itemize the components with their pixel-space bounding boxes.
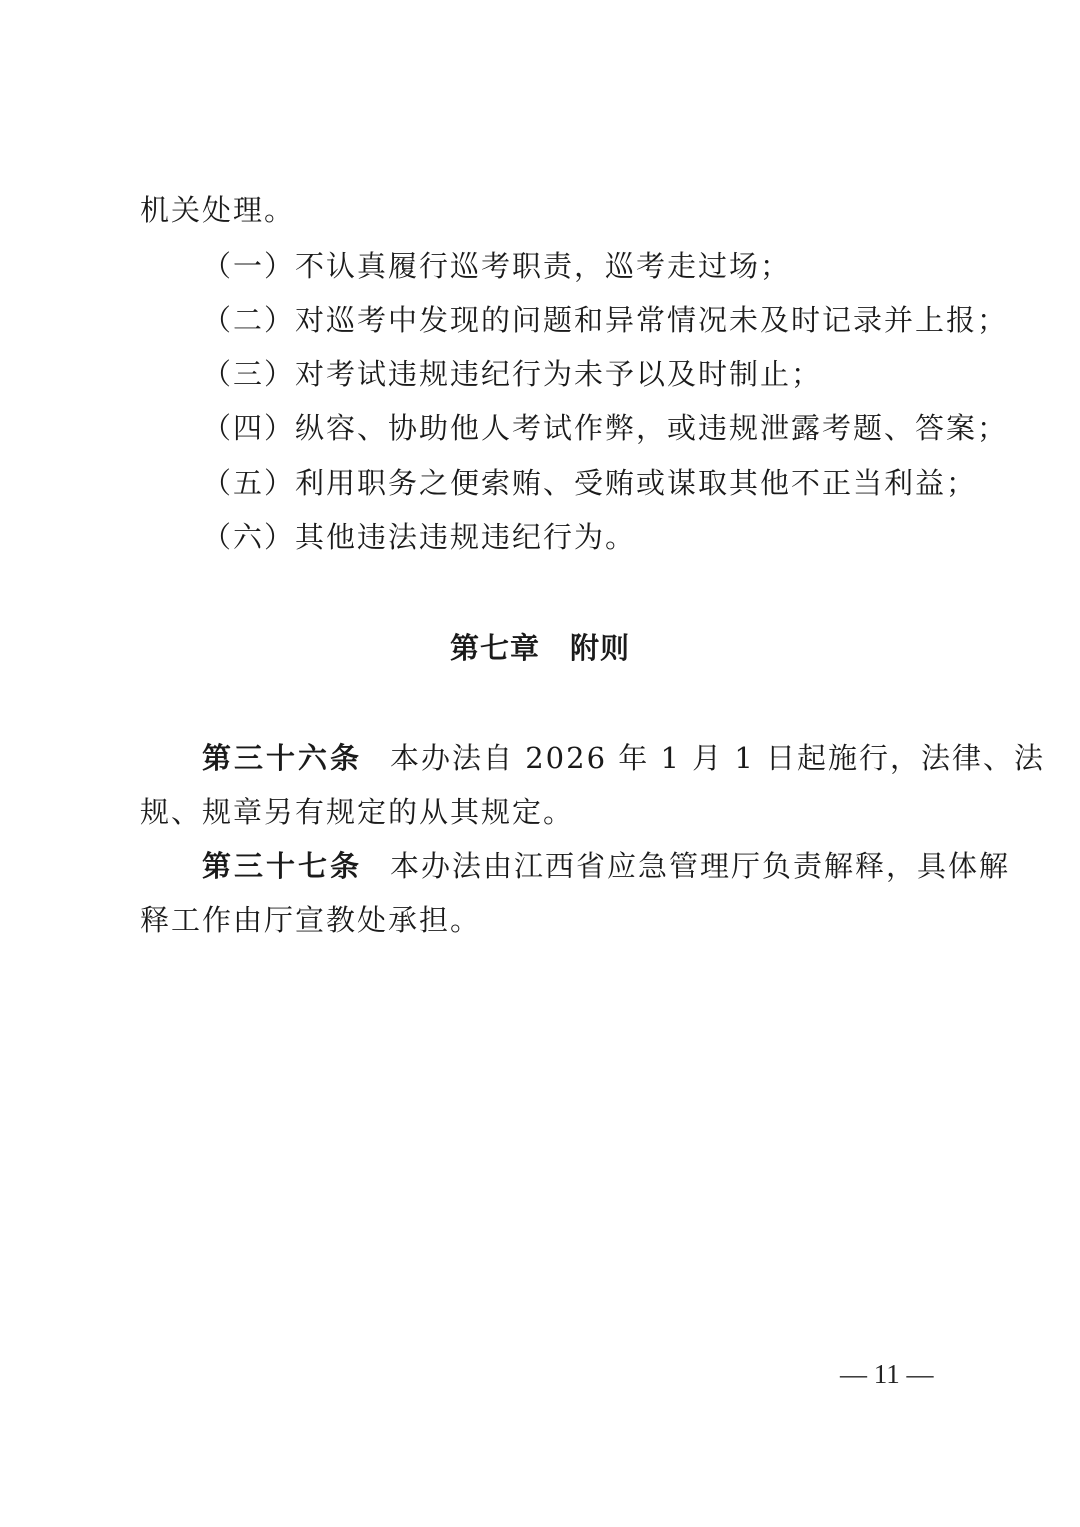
list-item: （五）利用职务之便索贿、受贿或谋取其他不正当利益；	[202, 463, 977, 503]
article-text: 本办法自 2026 年 1 月 1 日起施行，法律、法	[390, 741, 1045, 775]
article-36-line-1: 第三十六条本办法自 2026 年 1 月 1 日起施行，法律、法	[202, 738, 1045, 778]
article-label: 第三十七条	[202, 849, 362, 883]
article-37-line-2: 释工作由厅宣教处承担。	[140, 900, 481, 940]
continuation-text: 机关处理。	[140, 190, 295, 230]
list-item: （一）不认真履行巡考职责，巡考走过场；	[202, 246, 791, 286]
article-37-line-1: 第三十七条本办法由江西省应急管理厅负责解释，具体解	[202, 846, 1010, 886]
page-number: — 11 —	[840, 1356, 934, 1392]
article-label: 第三十六条	[202, 741, 362, 775]
article-text: 本办法由江西省应急管理厅负责解释，具体解	[390, 849, 1010, 883]
chapter-number: 第七章	[450, 631, 540, 665]
list-item: （六）其他违法违规违纪行为。	[202, 517, 636, 557]
chapter-title: 附则	[570, 631, 630, 665]
list-item: （四）纵容、协助他人考试作弊，或违规泄露考题、答案；	[202, 408, 1008, 448]
chapter-heading: 第七章附则	[0, 628, 1080, 668]
article-36-line-2: 规、规章另有规定的从其规定。	[140, 792, 574, 832]
list-item: （三）对考试违规违纪行为未予以及时制止；	[202, 354, 822, 394]
list-item: （二）对巡考中发现的问题和异常情况未及时记录并上报；	[202, 300, 1008, 340]
